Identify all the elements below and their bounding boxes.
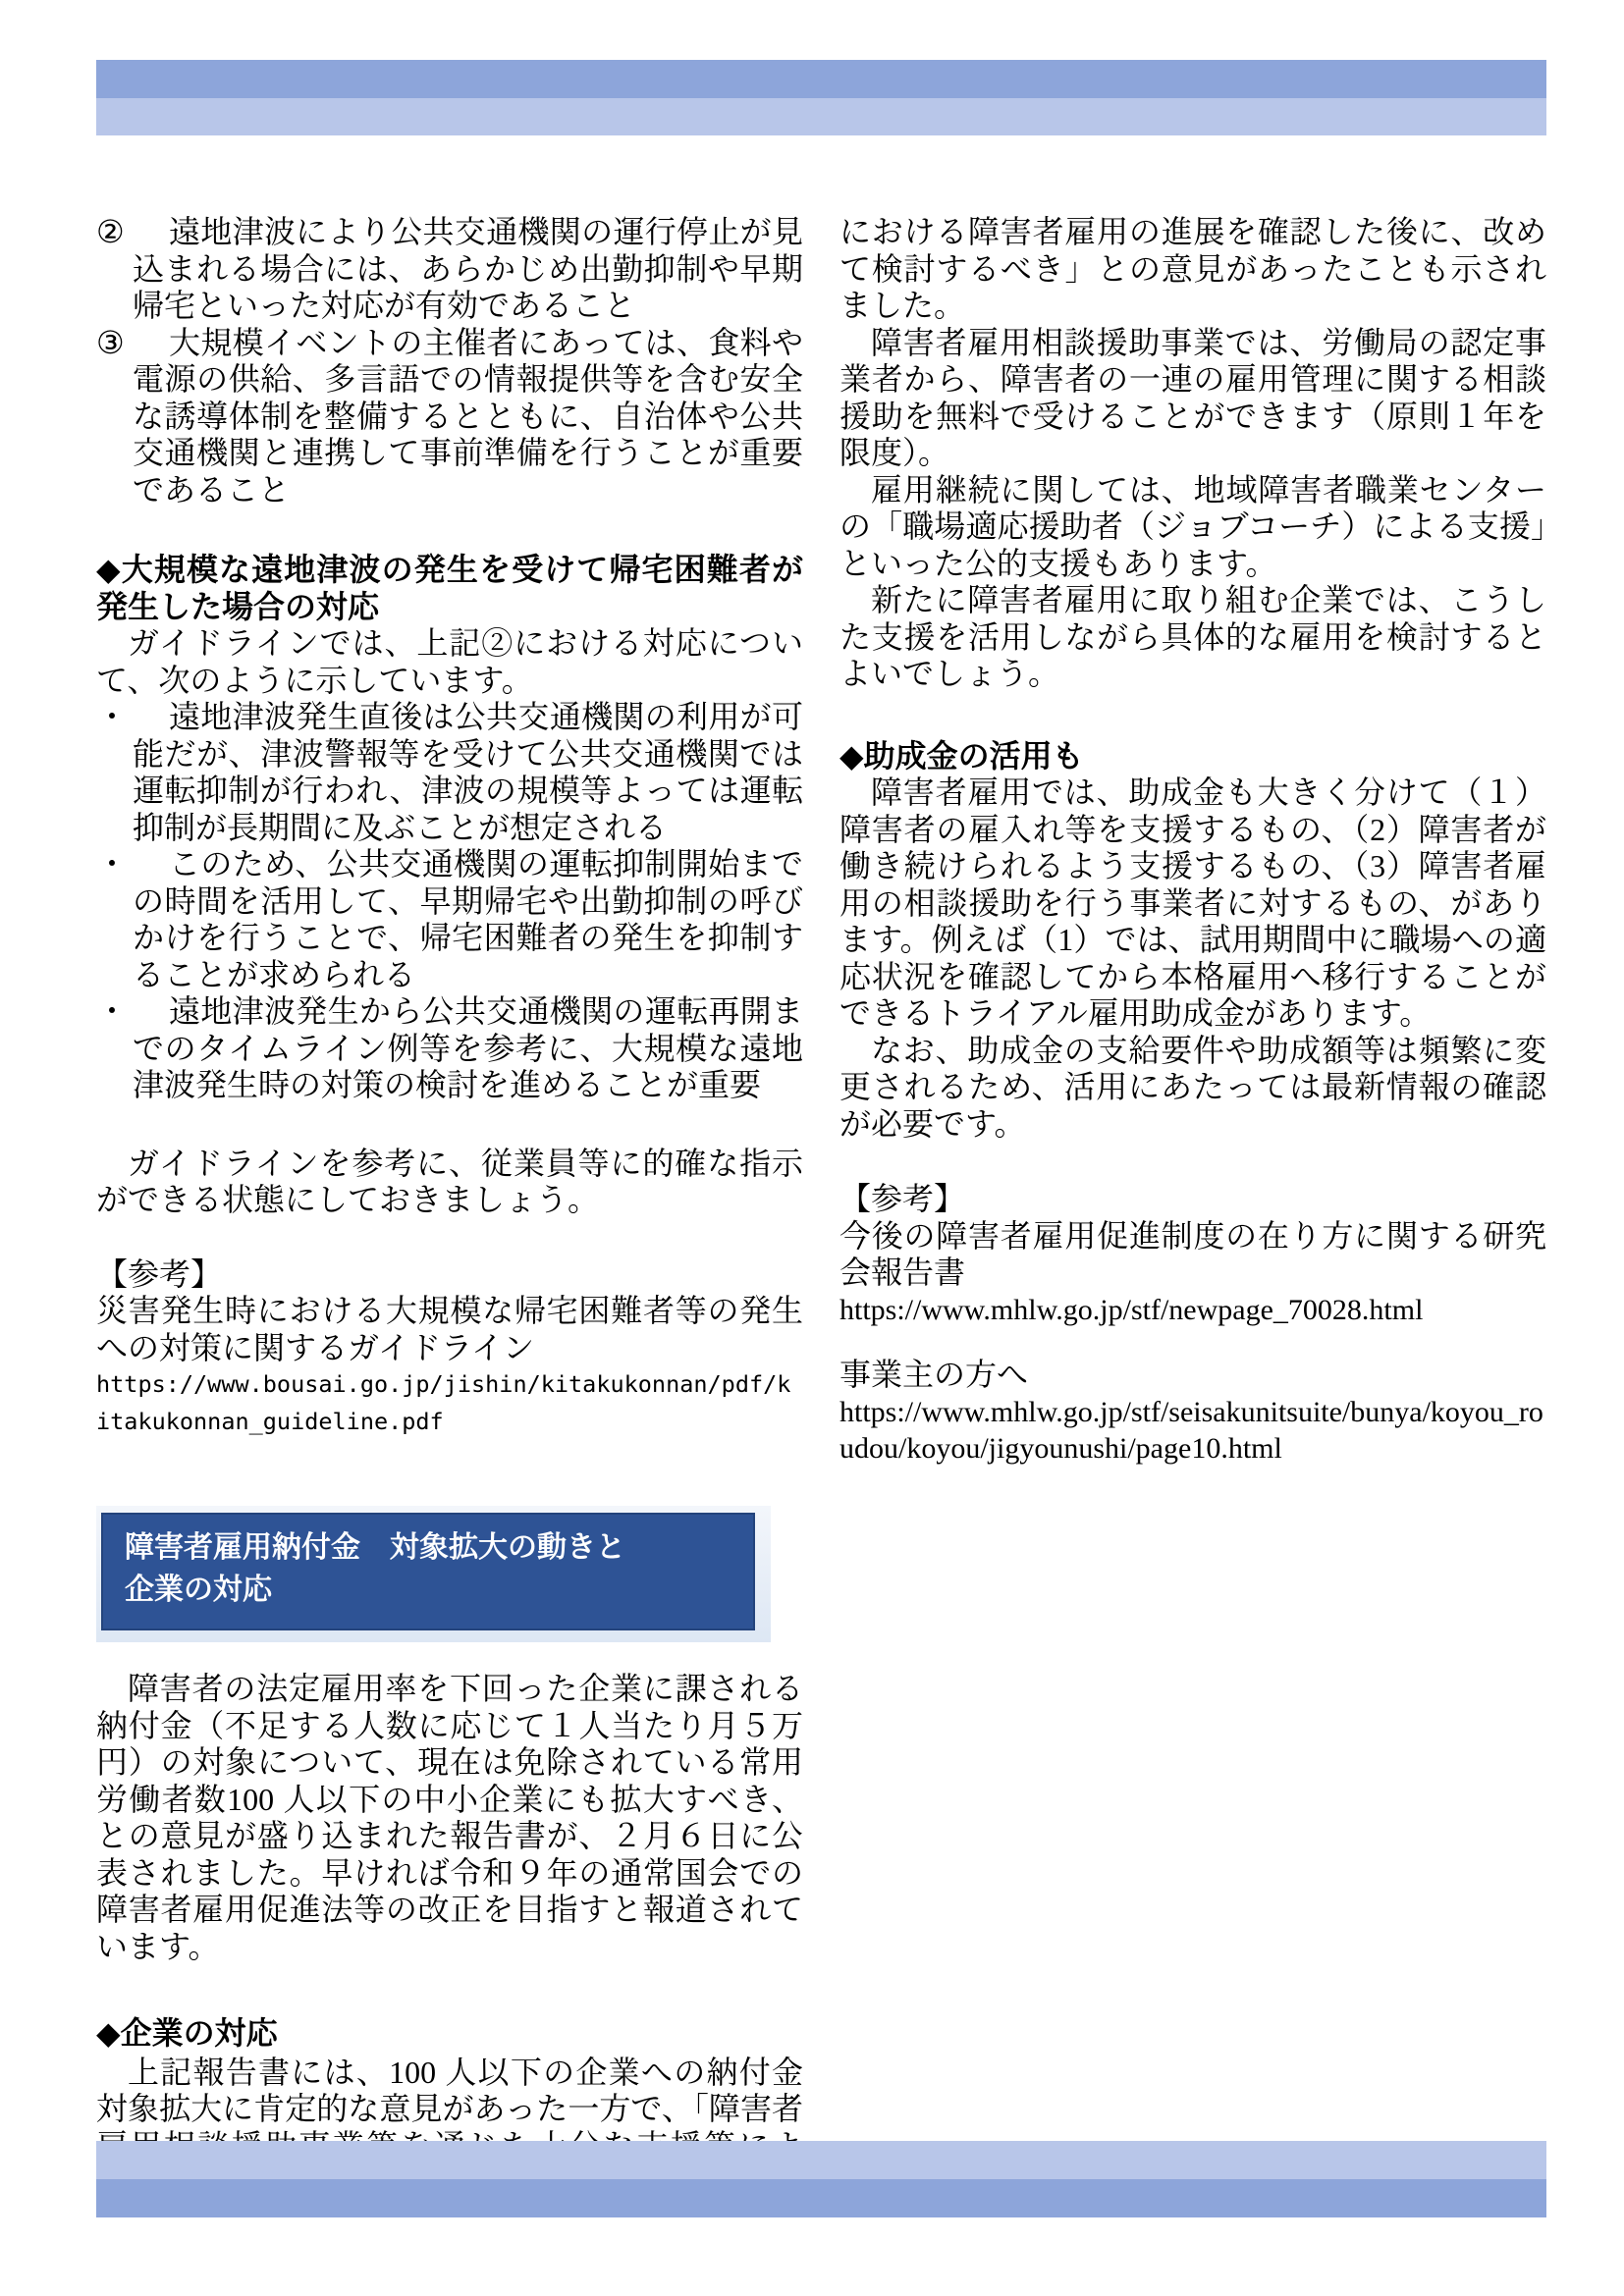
bullet-marker: ・ xyxy=(96,846,133,883)
header-band-dark xyxy=(96,60,1546,98)
paragraph: なお、助成金の支給要件や助成額等は頻繁に変更されるため、活用にあたっては最新情報… xyxy=(839,1033,1546,1144)
item-text: 大規模イベントの主催者にあっては、食料や電源の供給、多言語での情報提供等を含む安… xyxy=(133,325,803,507)
section-heading: ◆大規模な遠地津波の発生を受けて帰宅困難者が発生した場合の対応 xyxy=(96,552,803,625)
left-column: ②遠地津波により公共交通機関の運行停止が見込まれる場合には、あらかじめ出勤抑制や… xyxy=(96,214,803,2202)
paragraph: 障害者雇用相談援助事業では、労働局の認定事業者から、障害者の一連の雇用管理に関す… xyxy=(839,325,1546,472)
article-title-line1: 障害者雇用納付金 対象拡大の動きと xyxy=(125,1526,743,1569)
page-content: ②遠地津波により公共交通機関の運行停止が見込まれる場合には、あらかじめ出勤抑制や… xyxy=(96,214,1546,2202)
reference-title: 今後の障害者雇用促進制度の在り方に関する研究会報告書 xyxy=(839,1218,1546,1292)
reference-label: 【参考】 xyxy=(839,1181,1546,1218)
paragraph: ガイドラインでは、上記②における対応について、次のように示しています。 xyxy=(96,625,803,699)
bullet-marker: ・ xyxy=(96,699,133,736)
header-band-light xyxy=(96,98,1546,135)
reference-url[interactable]: https://www.bousai.go.jp/jishin/kitakuko… xyxy=(96,1366,803,1440)
paragraph: 新たに障害者雇用に取り組む企業では、こうした支援を活用しながら具体的な雇用を検討… xyxy=(839,582,1546,693)
bullet-item: ・このため、公共交通機関の運転抑制開始までの時間を活用して、早期帰宅や出勤抑制の… xyxy=(96,846,803,993)
paragraph: ガイドラインを参考に、従業員等に的確な指示ができる状態にしておきましょう。 xyxy=(96,1146,803,1219)
paragraph: 雇用継続に関しては、地域障害者職業センターの「職場適応援助者（ジョブコーチ）によ… xyxy=(839,472,1546,583)
bullet-text: このため、公共交通機関の運転抑制開始までの時間を活用して、早期帰宅や出勤抑制の呼… xyxy=(133,846,803,992)
reference-block: 【参考】 災害発生時における大規模な帰宅困難者等の発生への対策に関するガイドライ… xyxy=(96,1256,803,1441)
item-text: 遠地津波により公共交通機関の運行停止が見込まれる場合には、あらかじめ出勤抑制や早… xyxy=(133,214,803,323)
item-marker: ② xyxy=(96,214,133,251)
bullet-marker: ・ xyxy=(96,993,133,1031)
bullet-item: ・遠地津波発生から公共交通機関の運転再開までのタイムライン例等を参考に、大規模な… xyxy=(96,993,803,1104)
bullet-item: ・遠地津波発生直後は公共交通機関の利用が可能だが、津波警報等を受けて公共交通機関… xyxy=(96,699,803,846)
footer-band-light xyxy=(96,2141,1546,2179)
numbered-item: ②遠地津波により公共交通機関の運行停止が見込まれる場合には、あらかじめ出勤抑制や… xyxy=(96,214,803,325)
article-title-panel: 障害者雇用納付金 対象拡大の動きと 企業の対応 xyxy=(96,1506,771,1642)
article-title-box: 障害者雇用納付金 対象拡大の動きと 企業の対応 xyxy=(101,1513,755,1630)
reference-block: 【参考】 今後の障害者雇用促進制度の在り方に関する研究会報告書 https://… xyxy=(839,1181,1546,1328)
reference-title: 事業主の方へ xyxy=(839,1357,1546,1394)
paragraph: における障害者雇用の進展を確認した後に、改めて検討するべき」との意見があったこと… xyxy=(839,214,1546,325)
reference-block: 事業主の方へ https://www.mhlw.go.jp/stf/seisak… xyxy=(839,1357,1546,1468)
bullet-text: 遠地津波発生直後は公共交通機関の利用が可能だが、津波警報等を受けて公共交通機関で… xyxy=(133,699,803,845)
reference-url[interactable]: https://www.mhlw.go.jp/stf/newpage_70028… xyxy=(839,1292,1546,1329)
newsletter-page: ②遠地津波により公共交通機関の運行停止が見込まれる場合には、あらかじめ出勤抑制や… xyxy=(0,0,1624,2296)
paragraph: 障害者の法定雇用率を下回った企業に課される納付金（不足する人数に応じて１人当たり… xyxy=(96,1671,803,1965)
article-title-line2: 企業の対応 xyxy=(125,1569,743,1611)
reference-label: 【参考】 xyxy=(96,1256,803,1294)
footer-band-dark xyxy=(96,2179,1546,2217)
reference-title: 災害発生時における大規模な帰宅困難者等の発生への対策に関するガイドライン xyxy=(96,1293,803,1366)
right-column: における障害者雇用の進展を確認した後に、改めて検討するべき」との意見があったこと… xyxy=(839,214,1546,2202)
bullet-text: 遠地津波発生から公共交通機関の運転再開までのタイムライン例等を参考に、大規模な遠… xyxy=(133,993,803,1102)
numbered-item: ③大規模イベントの主催者にあっては、食料や電源の供給、多言語での情報提供等を含む… xyxy=(96,325,803,509)
section-subheading: ◆助成金の活用も xyxy=(839,738,1546,775)
section-subheading: ◆企業の対応 xyxy=(96,2015,803,2053)
paragraph: 障害者雇用では、助成金も大きく分けて（１）障害者の雇入れ等を支援するもの、（2）… xyxy=(839,774,1546,1033)
reference-url[interactable]: https://www.mhlw.go.jp/stf/seisakunitsui… xyxy=(839,1394,1546,1468)
item-marker: ③ xyxy=(96,325,133,362)
